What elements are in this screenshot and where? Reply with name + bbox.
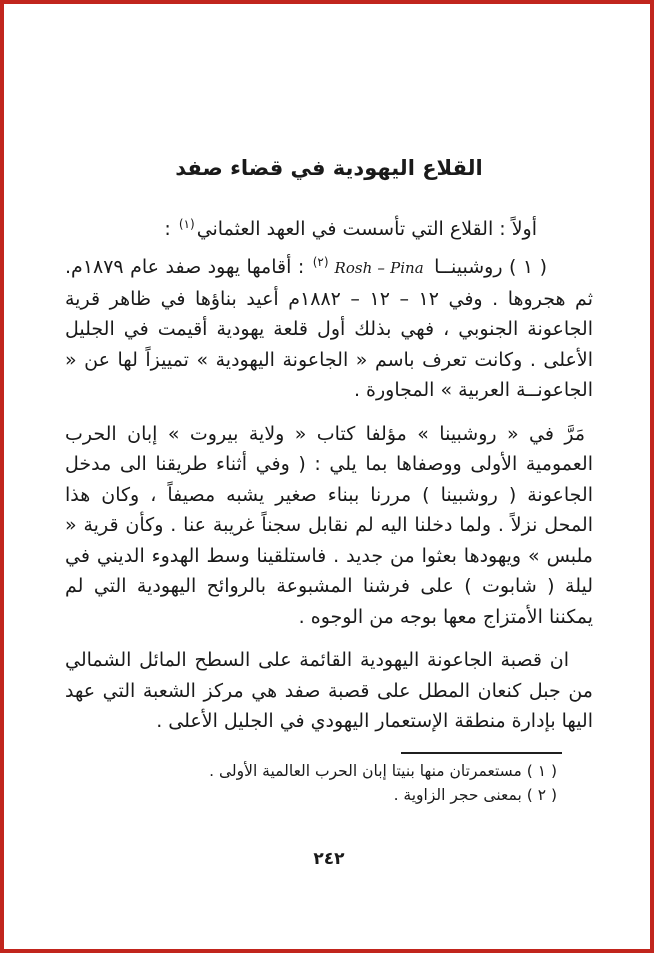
section-heading: أولاً : القلاع التي تأسست في العهد العثم… [65, 214, 593, 244]
footnote-1-text: مستعمرتان منها بنيتا إبان الحرب العالمية… [209, 762, 522, 780]
scanned-book-page: القلاع اليهودية في قضاء صفد أولاً : القل… [0, 0, 654, 953]
footnote-divider [401, 752, 562, 754]
footnote-1-num: ( ١ ) [527, 762, 557, 780]
paragraph-jauna-center: ان قصبة الجاعونة اليهودية القائمة على ال… [65, 645, 593, 737]
footnote-ref-2: (٢) [313, 255, 329, 269]
footnote-2-text: بمعنى حجر الزاوية . [394, 786, 522, 804]
section-heading-colon: : [164, 218, 170, 240]
footnote-2-num: ( ٢ ) [527, 786, 557, 804]
footnote-1: ( ١ ) مستعمرتان منها بنيتا إبان الحرب ال… [65, 759, 557, 783]
footnotes: ( ١ ) مستعمرتان منها بنيتا إبان الحرب ال… [65, 759, 593, 807]
footnote-2: ( ٢ ) بمعنى حجر الزاوية . [65, 783, 557, 807]
page-number: ٢٤٢ [65, 849, 593, 869]
latin-place-name: Rosh – Pina [335, 259, 424, 277]
paragraph-rosh-pina: ( ١ ) روشبينــا Rosh – Pina(٢) : أقامها … [65, 252, 593, 406]
section-heading-text: أولاً : القلاع التي تأسست في العهد العثم… [197, 218, 537, 240]
paragraph-beirut-book-quote: مَرَّ في « روشبينا » مؤلفا كتاب « ولاية … [65, 419, 593, 633]
page-title: القلاع اليهودية في قضاء صفد [65, 156, 593, 180]
text-column: القلاع اليهودية في قضاء صفد أولاً : القل… [65, 4, 593, 869]
paragraph-lead: ( ١ ) روشبينــا [434, 256, 547, 278]
footnote-ref-1: (١) [179, 217, 195, 231]
